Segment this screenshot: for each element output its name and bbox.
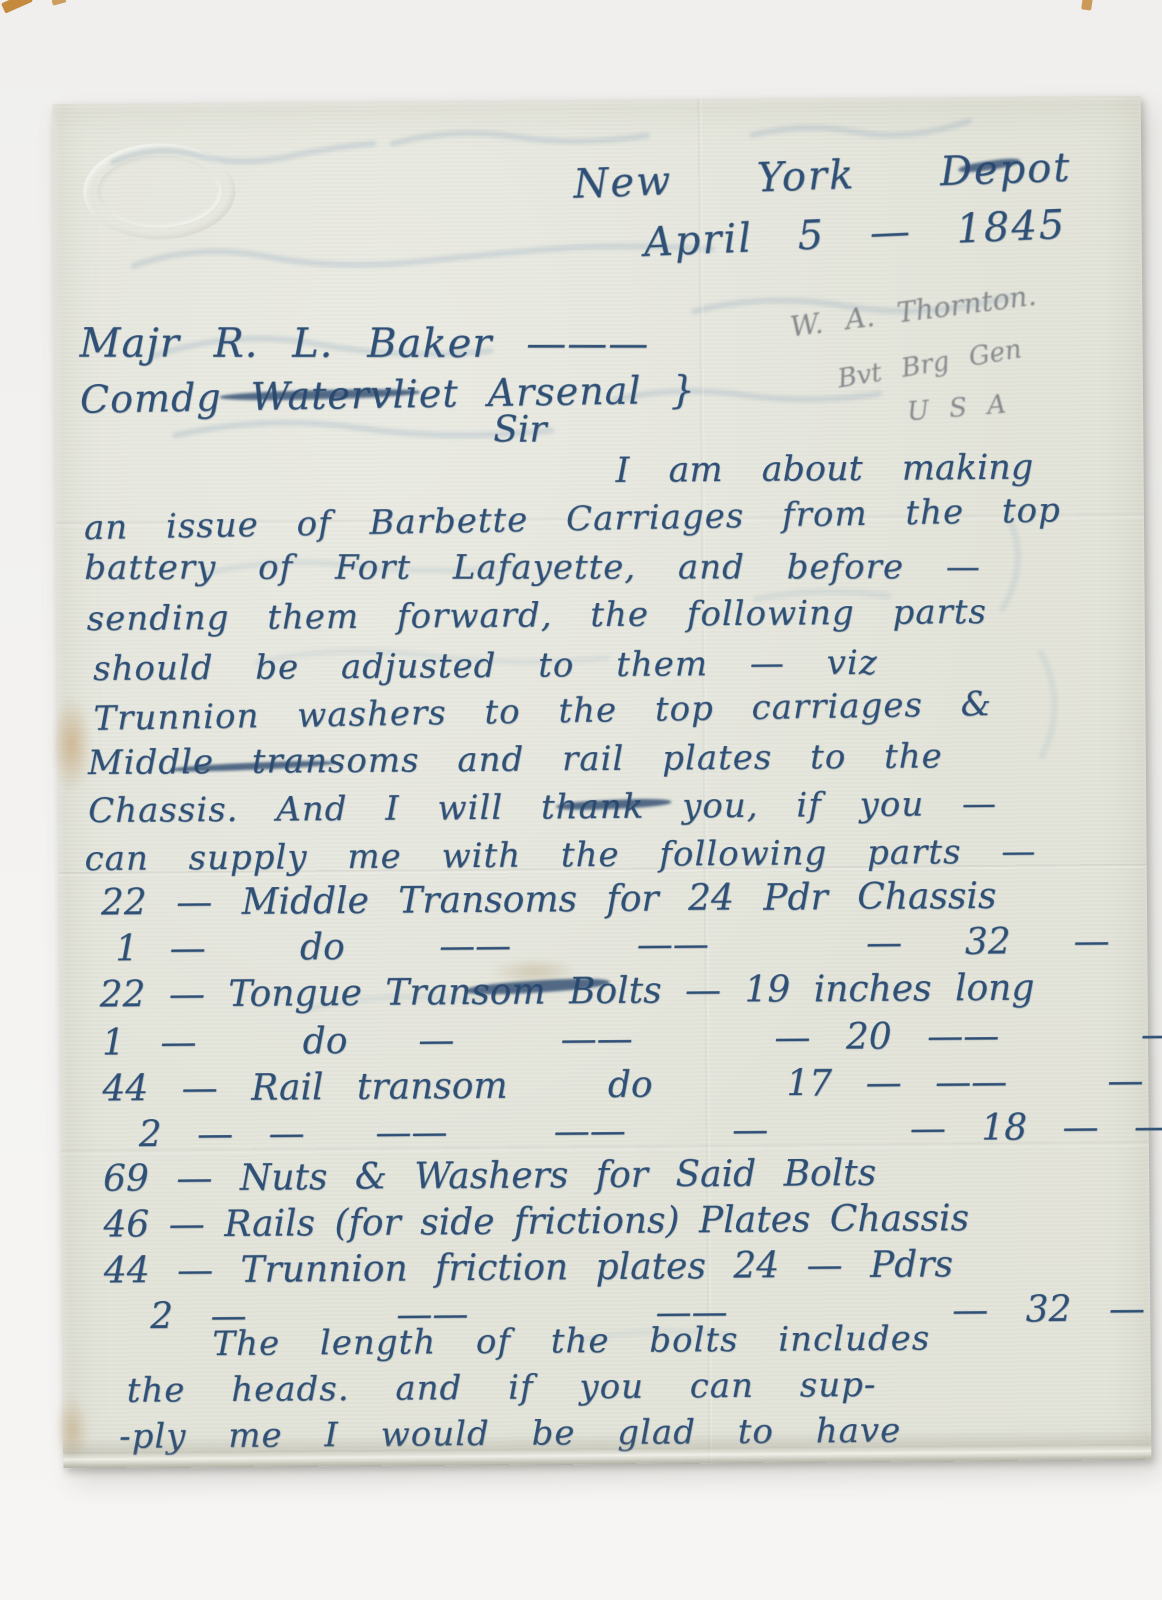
scan-artifact-top-left [1,0,33,14]
body-line-7: Middle transoms and rail plates to the [88,739,943,780]
parts-list-line-8: 46 — Rails (for side frictions) Plates C… [103,1201,969,1244]
parts-list-line-5: 44 — Rail transom do 17 — —— — [102,1064,1143,1108]
parts-list-line-4: 1 — do — —— — 20 —— — [102,1017,1162,1061]
body-line-5: should be adjusted to them — viz [93,646,878,686]
closing-line-2: the heads. and if you can sup- [127,1368,877,1408]
paper-stain-left-edge [51,696,92,792]
closing-line-1: The length of the bolts includes [212,1321,930,1361]
body-line-3: battery of Fort Lafayette, and before — [84,550,981,585]
parts-list-line-3: 22 — Tongue Transom Bolts — 19 inches lo… [100,971,1035,1014]
parts-list-line-6: 2 — — —— —— — — 18 — —— — [139,1108,1162,1153]
body-line-9: can supply me with the following parts — [84,835,1036,876]
parts-list-line-2: 1 — do —— —— — 32 — — [115,923,1162,968]
letter-page: New York Depot April 5 — 1845 W. A. Thor… [53,96,1152,1469]
body-line-1: I am about making [615,451,1033,489]
body-line-8: Chassis. And I will thank you, if you — [88,787,997,828]
parts-list-line-7: 69 — Nuts & Washers for Said Bolts [103,1156,876,1198]
scan-artifact-top-right [1081,0,1093,11]
scan-surface: New York Depot April 5 — 1845 W. A. Thor… [0,0,1162,1600]
scan-artifact-top-left-2 [51,0,66,6]
parts-list-line-1: 22 — Middle Transoms for 24 Pdr Chassis [101,879,997,922]
salutation-line: Sir [493,412,547,448]
body-line-4: sending them forward, the following part… [87,595,987,636]
parts-list-line-9: 44 — Trunnion friction plates 24 — Pdrs [104,1247,953,1290]
recipient-line-1: Majr R. L. Baker ——— [80,324,650,364]
pencil-note-line-3: U S A [906,391,1013,425]
